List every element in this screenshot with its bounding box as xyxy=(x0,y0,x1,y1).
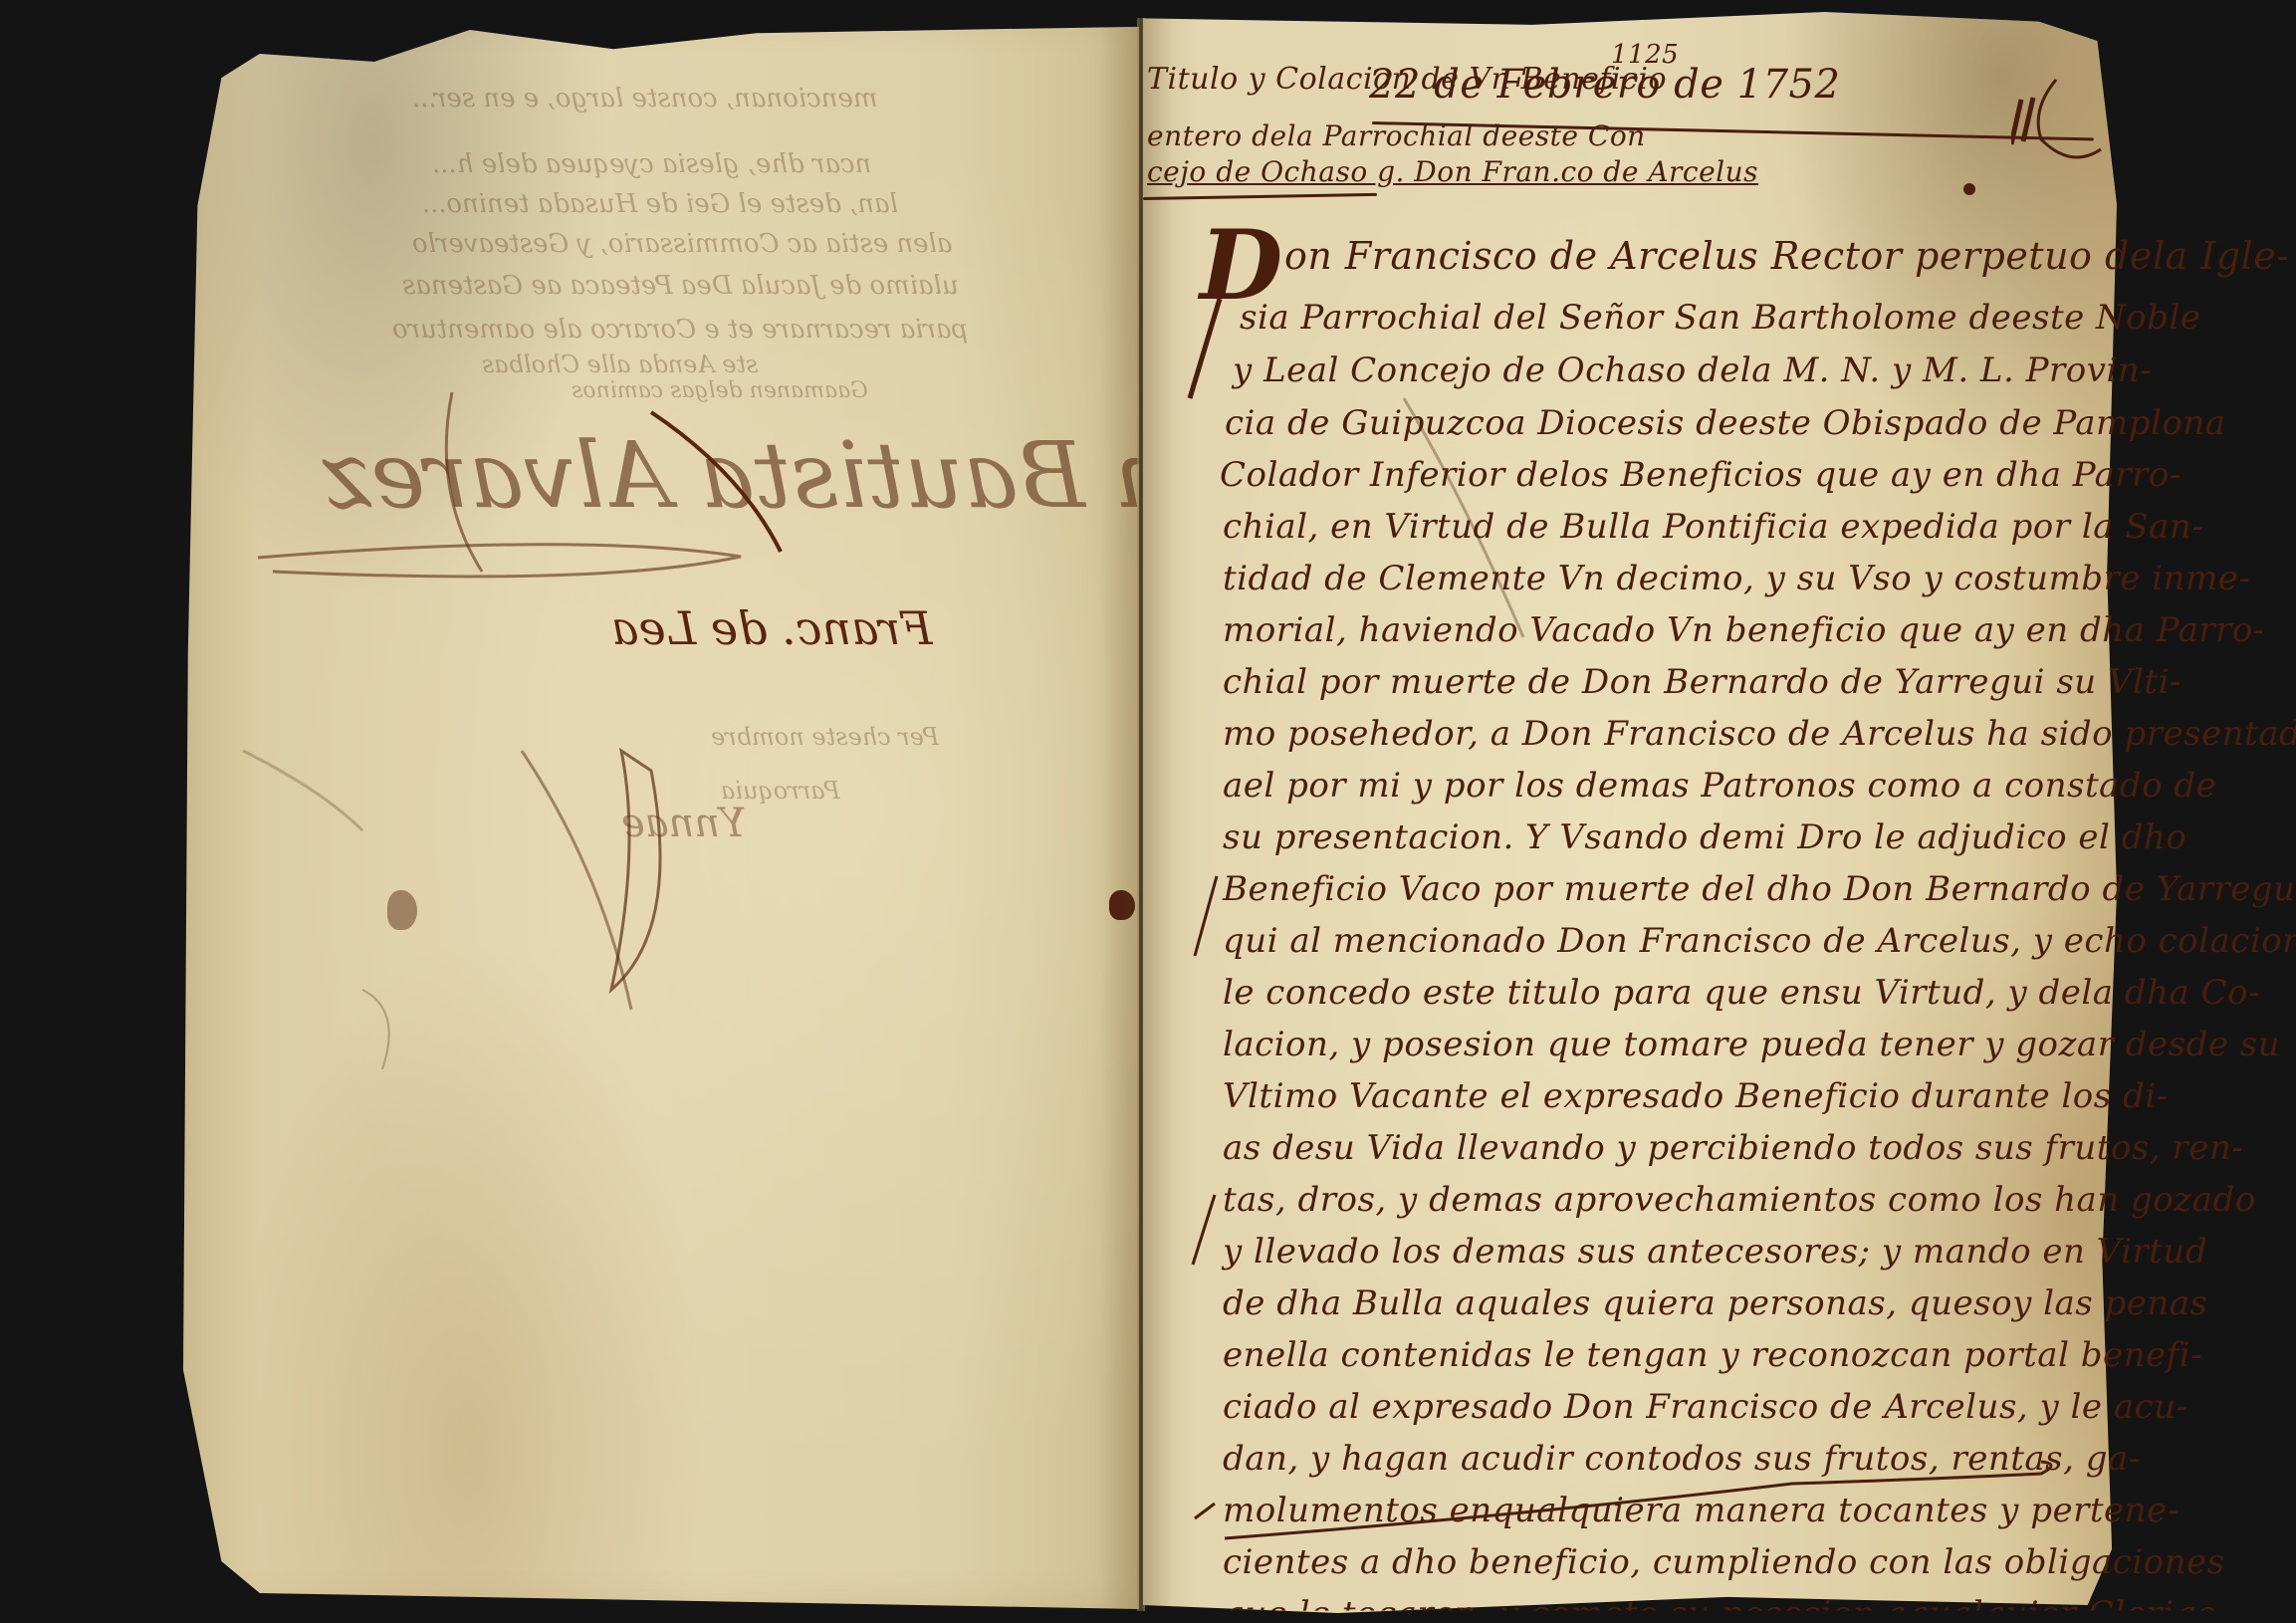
body-line: mo posehedor, a Don Francisco de Arcelus… xyxy=(1223,717,2296,751)
mirrored-lower-signature: Ynnae xyxy=(621,801,746,846)
body-line: ael por mi y por los demas Patronos como… xyxy=(1223,769,2216,803)
body-line: Vltimo Vacante el expresado Beneficio du… xyxy=(1223,1079,2169,1113)
body-line: chial, en Virtud de Bulla Pontificia exp… xyxy=(1223,510,2203,544)
body-line: tidad de Clemente Vn decimo, y su Vso y … xyxy=(1223,562,2250,595)
body-line: cia de Guipuzcoa Diocesis deeste Obispad… xyxy=(1225,406,2226,440)
body-line: le concedo este titulo para que ensu Vir… xyxy=(1223,976,2260,1010)
body-line: y Leal Concejo de Ochaso dela M. N. y M.… xyxy=(1233,353,2152,387)
body-line: on Francisco de Arcelus Rector perpetuo … xyxy=(1284,237,2290,275)
bleed-line: ncar dhe, glesia cyequea dele h... xyxy=(432,149,871,179)
body-line: y llevado los demas sus antecesores; y m… xyxy=(1223,1235,2207,1269)
body-line: tas, dros, y demas aprovechamientos como… xyxy=(1223,1183,2256,1217)
body-line: cientes a dho beneficio, cumpliendo con … xyxy=(1223,1545,2225,1579)
body-line: lacion, y posesion que tomare pueda tene… xyxy=(1223,1028,2280,1061)
body-line: que le tocaren, y cometo su posesion aqu… xyxy=(1223,1597,2217,1623)
body-line: ciado al expresado Don Francisco de Arce… xyxy=(1223,1390,2188,1424)
body-line: chial por muerte de Don Bernardo de Yarr… xyxy=(1223,665,2181,699)
body-line: Beneficio Vaco por muerte del dho Don Be… xyxy=(1223,872,2296,906)
body-line: molumentos enqualquiera manera tocantes … xyxy=(1223,1494,2180,1527)
body-line: enella contenidas le tengan y reconozcan… xyxy=(1223,1338,2202,1372)
body-line: as desu Vida llevando y percibiendo todo… xyxy=(1223,1131,2243,1165)
body-line: su presentacion. Y Vsando demi Dro le ad… xyxy=(1223,820,2186,854)
folio-note: 1125 xyxy=(1611,40,1679,70)
manuscript-viewer: mencionan, conste largo, e en ser... nca… xyxy=(0,0,2296,1623)
body-line: dan, y hagan acudir contodos sus frutos,… xyxy=(1223,1442,2141,1476)
bleed-line: ulaimo de Jacula Dea Peteaca ae Gastenas xyxy=(402,271,959,301)
body-line: de dha Bulla aquales quiera personas, qu… xyxy=(1223,1286,2208,1320)
body-line: qui al mencionado Don Francisco de Arcel… xyxy=(1223,924,2296,958)
bleed-line: alen estia ac Commissario, y Gesteaverlo xyxy=(412,229,952,259)
ink-smudge xyxy=(387,890,417,930)
heading-title-line-3: cejo de Ochaso g. Don Fran.co de Arcelus xyxy=(1147,155,1758,188)
ink-dot xyxy=(1963,183,1975,195)
left-page: mencionan, conste largo, e en ser... nca… xyxy=(183,14,1139,1609)
body-line: Colador Inferior delos Beneficios que ay… xyxy=(1220,458,2181,492)
bleed-lower-line: Per cheste nombre xyxy=(711,723,939,751)
bleed-line: ste Aenda alle Cholbas xyxy=(482,350,759,378)
bleed-line: Gaamanen delgas caminos xyxy=(572,378,868,403)
bleed-line: lan, deste el Gei de Husada tenino... xyxy=(422,189,898,219)
body-line: morial, haviendo Vacado Vn beneficio que… xyxy=(1223,613,2265,647)
bleed-line: mencionan, conste largo, e en ser... xyxy=(412,84,877,114)
mirrored-signature-sub: Franc. de Lea xyxy=(611,601,932,655)
body-line: sia Parrochial del Señor San Bartholome … xyxy=(1240,301,2201,335)
heading-date: 22 de Febrero de 1752 xyxy=(1369,62,1840,108)
bleed-line: paria recarnare et e Corarco ale oamentu… xyxy=(392,315,968,345)
ink-blot xyxy=(1109,890,1135,920)
